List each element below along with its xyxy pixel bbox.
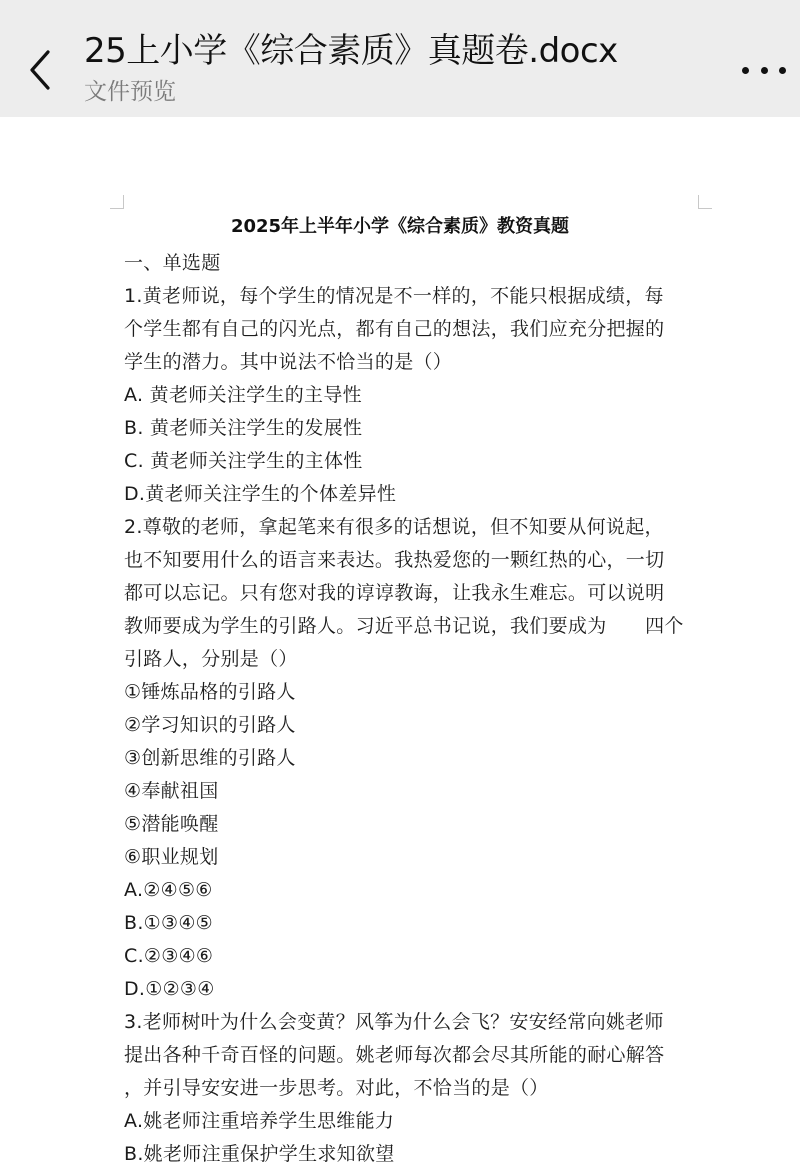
document-title: 2025年上半年小学《综合素质》教资真题 [0,214,800,240]
question-2-option-d: D.①②③④ [124,973,704,1006]
file-title: 25上小学《综合素质》真题卷.docx [84,28,618,74]
question-3-line: 提出各种千奇百怪的问题。姚老师每次都会尽其所能的耐心解答 [124,1039,704,1072]
question-2-item-4: ④奉献祖国 [124,775,704,808]
page-corner-mark-left [110,195,124,209]
question-3-option-a: A.姚老师注重培养学生思维能力 [124,1105,704,1138]
question-2-item-3: ③创新思维的引路人 [124,742,704,775]
question-1-option-d: D.黄老师关注学生的个体差异性 [124,478,704,511]
question-2-item-6: ⑥职业规划 [124,841,704,874]
question-2-option-c: C.②③④⑥ [124,940,704,973]
more-dot-icon [761,67,768,74]
question-2-line: 也不知要用什么的语言来表达。我热爱您的一颗红热的心，一切 [124,544,704,577]
question-1-option-b: B. 黄老师关注学生的发展性 [124,412,704,445]
question-2-item-5: ⑤潜能唤醒 [124,808,704,841]
more-dot-icon [742,67,749,74]
document-preview[interactable]: 2025年上半年小学《综合素质》教资真题 一、单选题 1.黄老师说，每个学生的情… [0,117,800,1176]
question-1-option-a: A. 黄老师关注学生的主导性 [124,379,704,412]
document-body: 一、单选题 1.黄老师说，每个学生的情况是不一样的，不能只根据成绩，每 个学生都… [124,247,704,1171]
question-2-option-b: B.①③④⑤ [124,907,704,940]
chevron-left-icon [22,40,62,96]
question-2-line: 都可以忘记。只有您对我的谆谆教诲，让我永生难忘。可以说明 [124,577,704,610]
page-corner-mark-right [698,195,712,209]
back-button[interactable] [22,40,62,96]
top-bar: 25上小学《综合素质》真题卷.docx 文件预览 [0,0,800,117]
question-2-item-1: ①锤炼品格的引路人 [124,676,704,709]
question-2-line: 2.尊敬的老师，拿起笔来有很多的话想说，但不知要从何说起， [124,511,704,544]
question-2-option-a: A.②④⑤⑥ [124,874,704,907]
question-3-option-b: B.姚老师注重保护学生求知欲望 [124,1138,704,1171]
question-3-line: 3.老师树叶为什么会变黄？风筝为什么会飞？安安经常向姚老师 [124,1006,704,1039]
more-dot-icon [779,67,786,74]
question-1-line: 学生的潜力。其中说法不恰当的是（） [124,346,704,379]
more-options-button[interactable] [742,58,786,82]
file-subtitle: 文件预览 [84,76,176,108]
section-heading: 一、单选题 [124,247,704,280]
question-3-line: ，并引导安安进一步思考。对此，不恰当的是（） [124,1072,704,1105]
question-2-line: 引路人，分别是（） [124,643,704,676]
question-2-item-2: ②学习知识的引路人 [124,709,704,742]
question-1-line: 1.黄老师说，每个学生的情况是不一样的，不能只根据成绩，每 [124,280,704,313]
question-2-line: 教师要成为学生的引路人。习近平总书记说，我们要成为 四个 [124,610,704,643]
question-1-line: 个学生都有自己的闪光点，都有自己的想法，我们应充分把握的 [124,313,704,346]
question-1-option-c: C. 黄老师关注学生的主体性 [124,445,704,478]
